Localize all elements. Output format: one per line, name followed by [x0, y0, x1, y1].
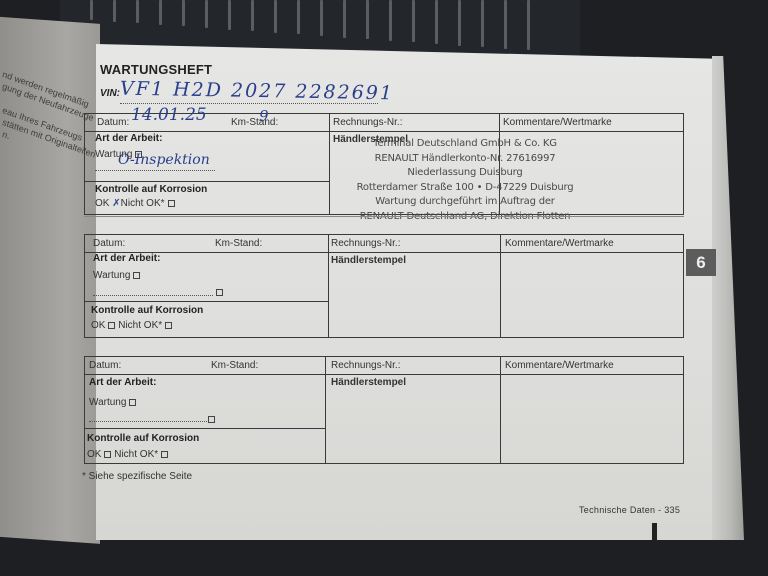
- vin-label: VIN:: [100, 88, 120, 99]
- vent-slat: [228, 0, 231, 30]
- vent-slat: [343, 0, 346, 38]
- vent-slat: [113, 0, 116, 22]
- vent-slat: [527, 0, 530, 50]
- vent-slat: [136, 0, 139, 23]
- entry-3-header: Datum: Km-Stand: Rechnungs-Nr.: Kommenta…: [85, 357, 683, 375]
- vent-slat: [159, 0, 162, 25]
- vent-slat: [251, 0, 254, 31]
- kommentare-label: Kommentare/Wertmarke: [503, 117, 612, 128]
- kontrolle-label: Kontrolle auf Korrosion: [95, 184, 207, 195]
- left-page-line: n.: [1, 129, 11, 141]
- wartung-checkbox[interactable]: Wartung: [89, 397, 136, 408]
- km-stand-value: 9: [259, 107, 269, 125]
- rechnungs-nr-label: Rechnungs-Nr.:: [333, 117, 402, 128]
- vent-slat: [389, 0, 392, 41]
- vent-slat: [205, 0, 208, 28]
- art-der-arbeit-note: O-Inspektion: [118, 152, 210, 168]
- vent-slat: [435, 0, 438, 44]
- entry-3: Datum: Km-Stand: Rechnungs-Nr.: Kommenta…: [84, 356, 684, 464]
- km-stand-label: Km-Stand:: [231, 117, 278, 128]
- datum-value: 14.01.25: [131, 105, 207, 125]
- entry-2: Datum: Km-Stand: Rechnungs-Nr.: Kommenta…: [84, 234, 684, 338]
- other-checkbox[interactable]: [213, 287, 223, 298]
- dealer-stamp: Terminal Deutschland GmbH & Co. KG RENAU…: [330, 137, 600, 224]
- wartung-checkbox[interactable]: Wartung: [93, 270, 140, 281]
- vent-slat: [366, 0, 369, 39]
- datum-label: Datum:: [97, 117, 129, 128]
- korrosion-options[interactable]: OK ✗Nicht OK*: [95, 198, 175, 209]
- section-tab: 6: [686, 249, 716, 276]
- vent-slat: [297, 0, 300, 34]
- art-der-arbeit-label: Art der Arbeit:: [95, 133, 162, 144]
- vent-slat: [481, 0, 484, 47]
- page-title: WARTUNGSHEFT: [100, 62, 212, 77]
- entry-2-header: Datum: Km-Stand: Rechnungs-Nr.: Kommenta…: [85, 235, 683, 253]
- vent-slat: [274, 0, 277, 33]
- footnote: * Siehe spezifische Seite: [82, 471, 192, 482]
- vent-slat: [320, 0, 323, 36]
- vent-slat: [504, 0, 507, 49]
- page-edge: [712, 56, 744, 540]
- page-marker: [652, 523, 657, 540]
- korrosion-options[interactable]: OK Nicht OK*: [87, 449, 168, 460]
- vent-slat: [412, 0, 415, 42]
- vent-slat: [458, 0, 461, 46]
- page-footer: Technische Daten - 335: [579, 505, 680, 515]
- vent-slat: [90, 0, 93, 20]
- other-checkbox[interactable]: [205, 414, 215, 425]
- vent-slat: [182, 0, 185, 26]
- korrosion-options[interactable]: OK Nicht OK*: [91, 320, 172, 331]
